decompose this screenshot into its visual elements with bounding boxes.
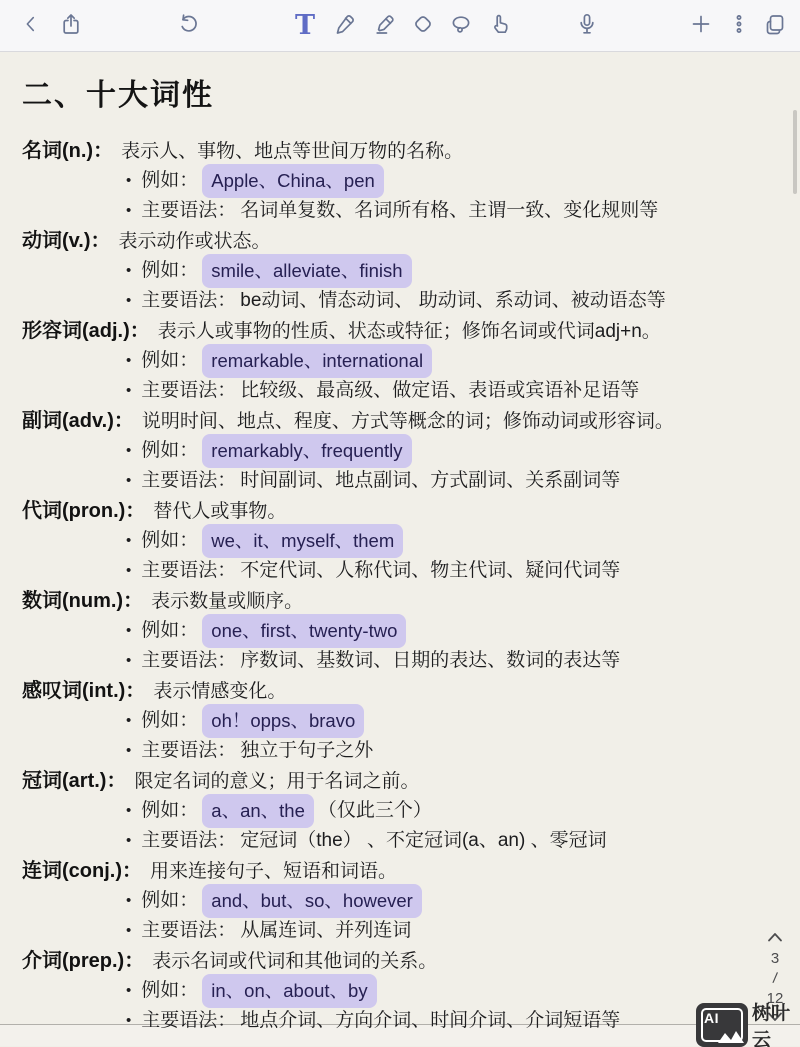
- grammar-label: 主要语法：: [141, 466, 236, 496]
- grammar-text: 序数词、基数词、日期的表达、数词的表达等: [240, 646, 620, 676]
- example-highlight: a、an、the: [202, 794, 314, 828]
- term-label: 代词(pron.)：: [22, 500, 145, 522]
- term-label: 名词(n.)：: [22, 140, 113, 162]
- grammar-line: • 主要语法： 地点介词、方向介词、时间介词、介词短语等: [22, 1006, 778, 1036]
- bullet-icon: •: [126, 286, 131, 316]
- definition-text: 表示数量或顺序。: [151, 591, 303, 612]
- sections: 名词(n.)：表示人、事物、地点等世间万物的名称。 • 例如： Apple、Ch…: [22, 136, 778, 1036]
- term-label: 副词(adv.)：: [22, 410, 134, 432]
- pos-section: 代词(pron.)：替代人或事物。 • 例如： we、it、myself、the…: [22, 496, 778, 586]
- bullet-icon: •: [126, 466, 131, 496]
- example-label: 例如：: [141, 886, 198, 916]
- example-highlight: and、but、so、however: [202, 884, 422, 918]
- current-page-number: 3: [771, 950, 779, 967]
- undo-button[interactable]: [172, 9, 206, 43]
- scroll-up-button[interactable]: [766, 930, 784, 947]
- pos-section: 动词(v.)：表示动作或状态。 • 例如： smile、alleviate、fi…: [22, 226, 778, 316]
- watermark: AI 树叶云: [696, 998, 800, 1047]
- pos-section: 介词(prep.)：表示名词或代词和其他词的关系。 • 例如： in、on、ab…: [22, 946, 778, 1036]
- bullet-icon: •: [126, 916, 131, 946]
- pos-section: 连词(conj.)：用来连接句子、短语和词语。 • 例如： and、but、so…: [22, 856, 778, 946]
- term-label: 数词(num.)：: [22, 590, 143, 612]
- grammar-line: • 主要语法： 序数词、基数词、日期的表达、数词的表达等: [22, 646, 778, 676]
- pos-section: 名词(n.)：表示人、事物、地点等世间万物的名称。 • 例如： Apple、Ch…: [22, 136, 778, 226]
- definition-text: 限定名词的意义；用于名词之前。: [134, 771, 419, 792]
- grammar-label: 主要语法：: [141, 376, 236, 406]
- pages-overview-button[interactable]: [758, 9, 792, 43]
- definition-text: 表示人、事物、地点等世间万物的名称。: [121, 141, 463, 162]
- grammar-text: 时间副词、地点副词、方式副词、关系副词等: [240, 466, 620, 496]
- watermark-brand: 树叶云: [752, 998, 800, 1047]
- pointer-tool-button[interactable]: [483, 9, 517, 43]
- grammar-label: 主要语法：: [141, 556, 236, 586]
- example-label: 例如：: [141, 796, 198, 826]
- example-label: 例如：: [141, 616, 198, 646]
- definition-text: 表示情感变化。: [153, 681, 286, 702]
- example-line: • 例如： we、it、myself、them: [22, 526, 778, 556]
- add-icon: [689, 12, 713, 39]
- definition-line: 介词(prep.)：表示名词或代词和其他词的关系。: [22, 946, 778, 976]
- share-icon: [59, 12, 83, 39]
- example-line: • 例如： oh！opps、bravo: [22, 706, 778, 736]
- eraser-icon: [411, 12, 435, 39]
- bullet-icon: •: [126, 736, 131, 766]
- eraser-tool-button[interactable]: [406, 9, 440, 43]
- grammar-text: 独立于句子之外: [240, 736, 373, 766]
- example-line: • 例如： and、but、so、however: [22, 886, 778, 916]
- example-highlight: remarkable、international: [202, 344, 432, 378]
- pos-section: 副词(adv.)：说明时间、地点、程度、方式等概念的词；修饰动词或形容词。 • …: [22, 406, 778, 496]
- grammar-line: • 主要语法： 定冠词（the） 、不定冠词(a、an) 、零冠词: [22, 826, 778, 856]
- grammar-label: 主要语法：: [141, 286, 236, 316]
- bullet-icon: •: [126, 166, 131, 196]
- page-title: 二、十大词性: [22, 70, 778, 114]
- add-page-button[interactable]: [684, 9, 718, 43]
- pen-tool-button[interactable]: [328, 9, 362, 43]
- toolbar: T: [0, 0, 800, 52]
- definition-text: 替代人或事物。: [153, 501, 286, 522]
- watermark-logo: AI: [696, 1003, 748, 1047]
- definition-text: 表示动作或状态。: [119, 231, 271, 252]
- definition-text: 表示人或事物的性质、状态或特征；修饰名词或代词adj+n。: [158, 321, 661, 342]
- highlighter-icon: [373, 12, 397, 39]
- grammar-text: 不定代词、人称代词、物主代词、疑问代词等: [240, 556, 620, 586]
- grammar-line: • 主要语法： 比较级、最高级、做定语、表语或宾语补足语等: [22, 376, 778, 406]
- bullet-icon: •: [126, 436, 131, 466]
- term-label: 动词(v.)：: [22, 230, 111, 252]
- grammar-label: 主要语法：: [141, 646, 236, 676]
- undo-icon: [177, 12, 201, 39]
- example-highlight: in、on、about、by: [202, 974, 376, 1008]
- definition-line: 副词(adv.)：说明时间、地点、程度、方式等概念的词；修饰动词或形容词。: [22, 406, 778, 436]
- definition-text: 用来连接句子、短语和词语。: [150, 861, 397, 882]
- pos-section: 数词(num.)：表示数量或顺序。 • 例如： one、first、twenty…: [22, 586, 778, 676]
- definition-line: 连词(conj.)：用来连接句子、短语和词语。: [22, 856, 778, 886]
- term-label: 形容词(adj.)：: [22, 320, 150, 342]
- example-highlight: one、first、twenty-two: [202, 614, 406, 648]
- definition-line: 感叹词(int.)：表示情感变化。: [22, 676, 778, 706]
- watermark-logo-text: AI: [704, 1010, 719, 1026]
- example-highlight: smile、alleviate、finish: [202, 254, 411, 288]
- example-line: • 例如： in、on、about、by: [22, 976, 778, 1006]
- mountain-icon: [718, 1029, 744, 1043]
- example-label: 例如：: [141, 166, 198, 196]
- bullet-icon: •: [126, 796, 131, 826]
- bullet-icon: •: [126, 616, 131, 646]
- bullet-icon: •: [126, 886, 131, 916]
- bullet-icon: •: [126, 706, 131, 736]
- pen-icon: [333, 12, 357, 39]
- example-highlight: we、it、myself、them: [202, 524, 403, 558]
- grammar-line: • 主要语法： 从属连词、并列连词: [22, 916, 778, 946]
- example-label: 例如：: [141, 256, 198, 286]
- bullet-icon: •: [126, 826, 131, 856]
- grammar-line: • 主要语法： 独立于句子之外: [22, 736, 778, 766]
- share-button[interactable]: [54, 9, 88, 43]
- example-label: 例如：: [141, 976, 198, 1006]
- example-label: 例如：: [141, 706, 198, 736]
- example-line: • 例如： smile、alleviate、finish: [22, 256, 778, 286]
- highlighter-tool-button[interactable]: [368, 9, 402, 43]
- example-label: 例如：: [141, 436, 198, 466]
- term-label: 感叹词(int.)：: [22, 680, 145, 702]
- page-separator: /: [772, 970, 778, 987]
- grammar-line: • 主要语法： 时间副词、地点副词、方式副词、关系副词等: [22, 466, 778, 496]
- text-tool-icon: T: [295, 12, 315, 39]
- example-highlight: Apple、China、pen: [202, 164, 384, 198]
- grammar-label: 主要语法：: [141, 1006, 236, 1036]
- definition-line: 代词(pron.)：替代人或事物。: [22, 496, 778, 526]
- term-label: 介词(prep.)：: [22, 950, 144, 972]
- more-icon: [729, 13, 749, 38]
- pointer-icon: [488, 12, 512, 39]
- term-label: 连词(conj.)：: [22, 860, 142, 882]
- pos-section: 感叹词(int.)：表示情感变化。 • 例如： oh！opps、bravo • …: [22, 676, 778, 766]
- example-highlight: oh！opps、bravo: [202, 704, 364, 738]
- bullet-icon: •: [126, 346, 131, 376]
- example-label: 例如：: [141, 526, 198, 556]
- pos-section: 形容词(adj.)：表示人或事物的性质、状态或特征；修饰名词或代词adj+n。 …: [22, 316, 778, 406]
- example-line: • 例如： remarkably、frequently: [22, 436, 778, 466]
- example-line: • 例如： Apple、China、pen: [22, 166, 778, 196]
- bullet-icon: •: [126, 376, 131, 406]
- example-highlight: remarkably、frequently: [202, 434, 411, 468]
- example-line: • 例如： remarkable、international: [22, 346, 778, 376]
- definition-text: 说明时间、地点、程度、方式等概念的词；修饰动词或形容词。: [142, 411, 674, 432]
- back-icon: [20, 13, 42, 38]
- definition-line: 形容词(adj.)：表示人或事物的性质、状态或特征；修饰名词或代词adj+n。: [22, 316, 778, 346]
- grammar-text: 地点介词、方向介词、时间介词、介词短语等: [240, 1006, 620, 1036]
- lasso-tool-button[interactable]: [444, 9, 478, 43]
- bullet-icon: •: [126, 196, 131, 226]
- grammar-text: be动词、情态动词、 助动词、系动词、被动语态等: [240, 286, 665, 316]
- bullet-icon: •: [126, 1006, 131, 1036]
- grammar-text: 从属连词、并列连词: [240, 916, 411, 946]
- bullet-icon: •: [126, 526, 131, 556]
- grammar-label: 主要语法：: [141, 826, 236, 856]
- text-tool-button[interactable]: T: [288, 9, 322, 43]
- note-page: 二、十大词性 名词(n.)：表示人、事物、地点等世间万物的名称。 • 例如： A…: [0, 52, 800, 1025]
- pages-icon: [763, 12, 787, 39]
- definition-line: 数词(num.)：表示数量或顺序。: [22, 586, 778, 616]
- term-label: 冠词(art.)：: [22, 770, 126, 792]
- grammar-label: 主要语法：: [141, 916, 236, 946]
- grammar-line: • 主要语法： be动词、情态动词、 助动词、系动词、被动语态等: [22, 286, 778, 316]
- microphone-icon: [575, 12, 599, 39]
- definition-text: 表示名词或代词和其他词的关系。: [152, 951, 437, 972]
- grammar-text: 定冠词（the） 、不定冠词(a、an) 、零冠词: [240, 826, 606, 856]
- bullet-icon: •: [126, 256, 131, 286]
- grammar-label: 主要语法：: [141, 736, 236, 766]
- scrollbar-thumb[interactable]: [793, 110, 797, 194]
- bullet-icon: •: [126, 556, 131, 586]
- pos-section: 冠词(art.)：限定名词的意义；用于名词之前。 • 例如： a、an、the …: [22, 766, 778, 856]
- microphone-button[interactable]: [570, 9, 604, 43]
- example-suffix: （仅此三个）: [318, 796, 432, 826]
- definition-line: 冠词(art.)：限定名词的意义；用于名词之前。: [22, 766, 778, 796]
- grammar-line: • 主要语法： 不定代词、人称代词、物主代词、疑问代词等: [22, 556, 778, 586]
- grammar-label: 主要语法：: [141, 196, 236, 226]
- grammar-text: 比较级、最高级、做定语、表语或宾语补足语等: [240, 376, 639, 406]
- lasso-icon: [449, 12, 473, 39]
- bullet-icon: •: [126, 646, 131, 676]
- back-button[interactable]: [14, 9, 48, 43]
- example-label: 例如：: [141, 346, 198, 376]
- example-line: • 例如： one、first、twenty-two: [22, 616, 778, 646]
- grammar-line: • 主要语法： 名词单复数、名词所有格、主谓一致、变化规则等: [22, 196, 778, 226]
- more-menu-button[interactable]: [722, 9, 756, 43]
- definition-line: 名词(n.)：表示人、事物、地点等世间万物的名称。: [22, 136, 778, 166]
- definition-line: 动词(v.)：表示动作或状态。: [22, 226, 778, 256]
- grammar-text: 名词单复数、名词所有格、主谓一致、变化规则等: [240, 196, 658, 226]
- bullet-icon: •: [126, 976, 131, 1006]
- example-line: • 例如： a、an、the （仅此三个）: [22, 796, 778, 826]
